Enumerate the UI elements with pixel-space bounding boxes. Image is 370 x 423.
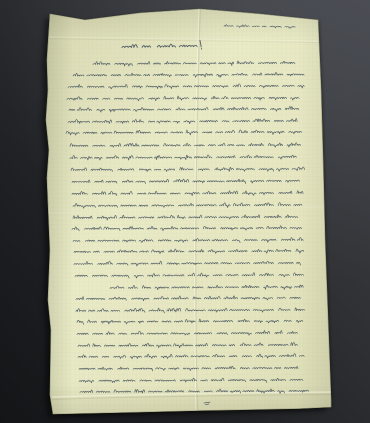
photo-scene <box>0 0 370 423</box>
letter-photo <box>0 0 370 423</box>
